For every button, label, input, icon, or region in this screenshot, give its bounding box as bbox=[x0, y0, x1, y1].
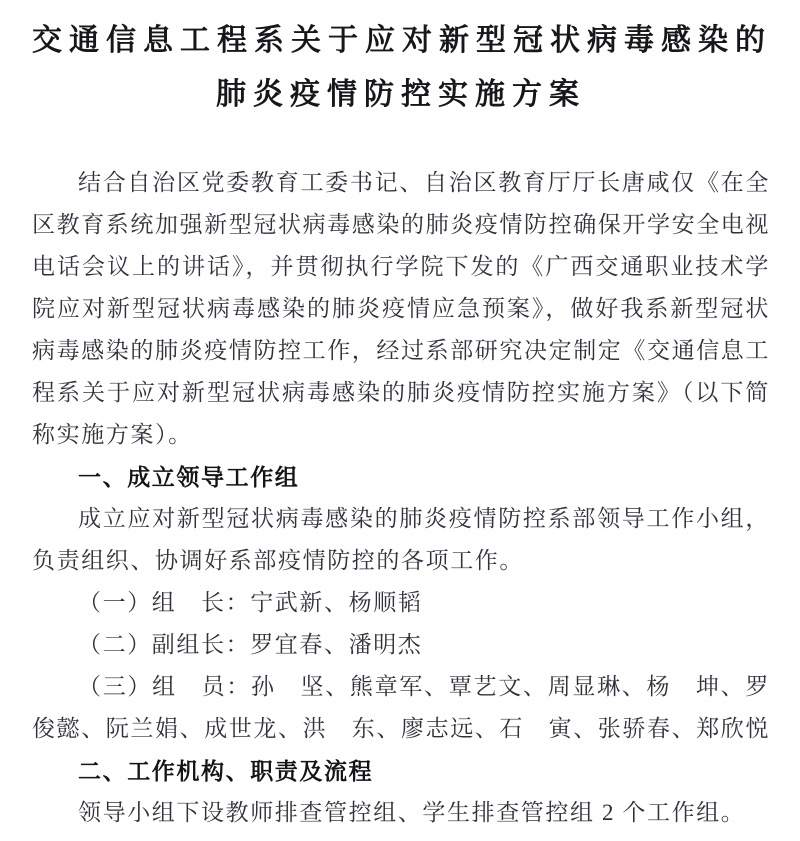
paragraph-group-leader: （一）组 长：宁武新、杨顺韬 bbox=[32, 582, 770, 624]
paragraph-deputy-leader: （二）副组长：罗宜春、潘明杰 bbox=[32, 624, 770, 666]
section-heading-2: 二、工作机构、职责及流程 bbox=[32, 750, 770, 792]
document-title-line-1: 交通信息工程系关于应对新型冠状病毒感染的 bbox=[32, 14, 770, 68]
section-heading-1: 一、成立领导工作组 bbox=[32, 456, 770, 498]
paragraph-leading-group: 成立应对新型冠状病毒感染的肺炎疫情防控系部领导工作小组，负责组织、协调好系部疫情… bbox=[32, 498, 770, 582]
paragraph-work-groups: 领导小组下设教师排查管控组、学生排查管控组 2 个工作组。 bbox=[32, 792, 770, 834]
document-body: 结合自治区党委教育工委书记、自治区教育厅厅长唐咸仅《在全区教育系统加强新型冠状病… bbox=[32, 162, 770, 834]
document-title-line-2: 肺炎疫情防控实施方案 bbox=[32, 68, 770, 122]
document-title: 交通信息工程系关于应对新型冠状病毒感染的 肺炎疫情防控实施方案 bbox=[32, 14, 770, 122]
paragraph-group-members: （三）组 员：孙 坚、熊章军、覃艺文、周显琳、杨 坤、罗俊懿、阮兰娟、成世龙、洪… bbox=[32, 666, 770, 750]
paragraph-intro: 结合自治区党委教育工委书记、自治区教育厅厅长唐咸仅《在全区教育系统加强新型冠状病… bbox=[32, 162, 770, 456]
document-page: 交通信息工程系关于应对新型冠状病毒感染的 肺炎疫情防控实施方案 结合自治区党委教… bbox=[0, 0, 800, 841]
